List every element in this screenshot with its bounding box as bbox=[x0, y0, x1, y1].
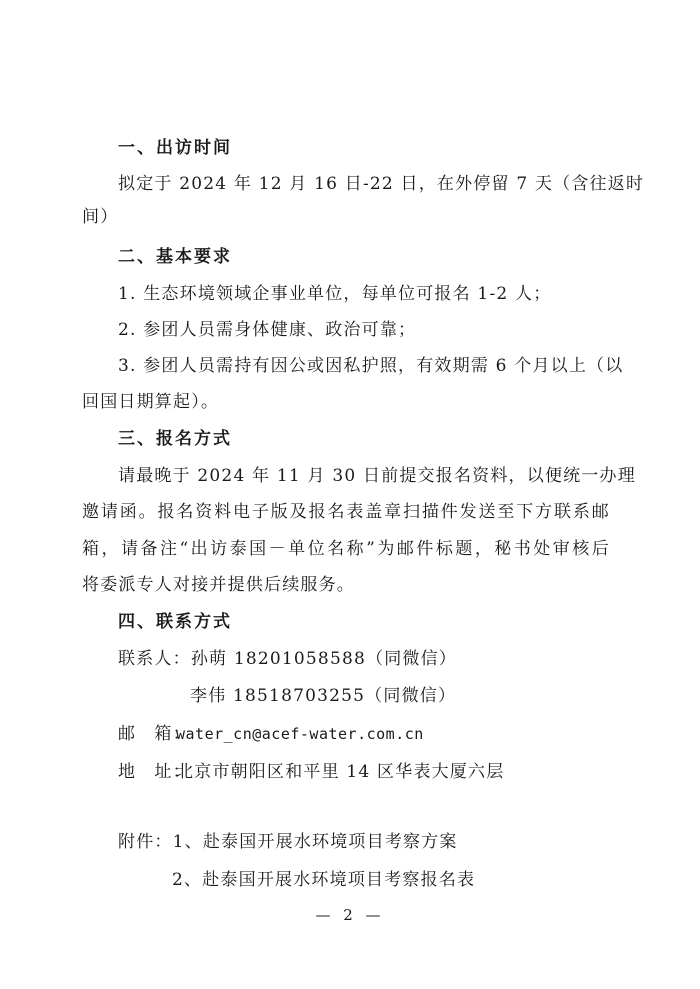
requirement-item: 1. 生态环境领域企事业单位，每单位可报名 1-2 人； bbox=[118, 282, 551, 306]
paragraph-line: 箱，请备注“出访泰国－单位名称”为邮件标题，秘书处审核后 bbox=[82, 537, 610, 561]
paragraph-line: 拟定于 2024 年 12 月 16 日-22 日，在外停留 7 天（含往返时 bbox=[118, 172, 608, 196]
paragraph-line: 间） bbox=[82, 205, 118, 229]
document-page: 一、出访时间 拟定于 2024 年 12 月 16 日-22 日，在外停留 7 … bbox=[0, 0, 700, 989]
section-heading-requirements: 二、基本要求 bbox=[118, 245, 232, 269]
paragraph-line: 请最晚于 2024 年 11 月 30 日前提交报名资料，以便统一办理 bbox=[118, 464, 608, 488]
section-heading-registration: 三、报名方式 bbox=[118, 427, 232, 451]
attachments-label: 附件： bbox=[118, 832, 173, 852]
page-number: — 2 — bbox=[0, 906, 700, 924]
contact-person: 李伟 18518703255（同微信） bbox=[190, 684, 456, 708]
email-link[interactable]: water_cn@acef-water.com.cn bbox=[176, 725, 424, 743]
paragraph-line: 回国日期算起）。 bbox=[82, 390, 219, 414]
address-label: 地 址： bbox=[118, 760, 176, 784]
email-row: 邮 箱：water_cn@acef-water.com.cn bbox=[118, 722, 424, 746]
email-label: 邮 箱： bbox=[118, 722, 176, 746]
paragraph-line: 邀请函。报名资料电子版及报名表盖章扫描件发送至下方联系邮 bbox=[82, 500, 610, 524]
section-heading-contact: 四、联系方式 bbox=[118, 610, 232, 634]
address-value: 北京市朝阳区和平里 14 区华表大厦六层 bbox=[176, 762, 504, 782]
paragraph-line: 将委派专人对接并提供后续服务。 bbox=[82, 573, 355, 597]
attachment-row: 附件：1、赴泰国开展水环境项目考察方案 bbox=[118, 830, 458, 854]
attachment-item: 1、赴泰国开展水环境项目考察方案 bbox=[173, 832, 458, 852]
contact-person: 孙萌 18201058588（同微信） bbox=[191, 649, 457, 669]
attachment-item: 2、赴泰国开展水环境项目考察报名表 bbox=[172, 868, 475, 892]
section-heading-visit-time: 一、出访时间 bbox=[118, 136, 232, 160]
requirement-item: 3. 参团人员需持有因公或因私护照，有效期需 6 个月以上（以 bbox=[118, 354, 608, 378]
requirement-item: 2. 参团人员需身体健康、政治可靠； bbox=[118, 318, 416, 342]
contact-row: 联系人：孙萌 18201058588（同微信） bbox=[118, 647, 457, 671]
contacts-label: 联系人： bbox=[118, 649, 191, 669]
address-row: 地 址：北京市朝阳区和平里 14 区华表大厦六层 bbox=[118, 760, 504, 784]
